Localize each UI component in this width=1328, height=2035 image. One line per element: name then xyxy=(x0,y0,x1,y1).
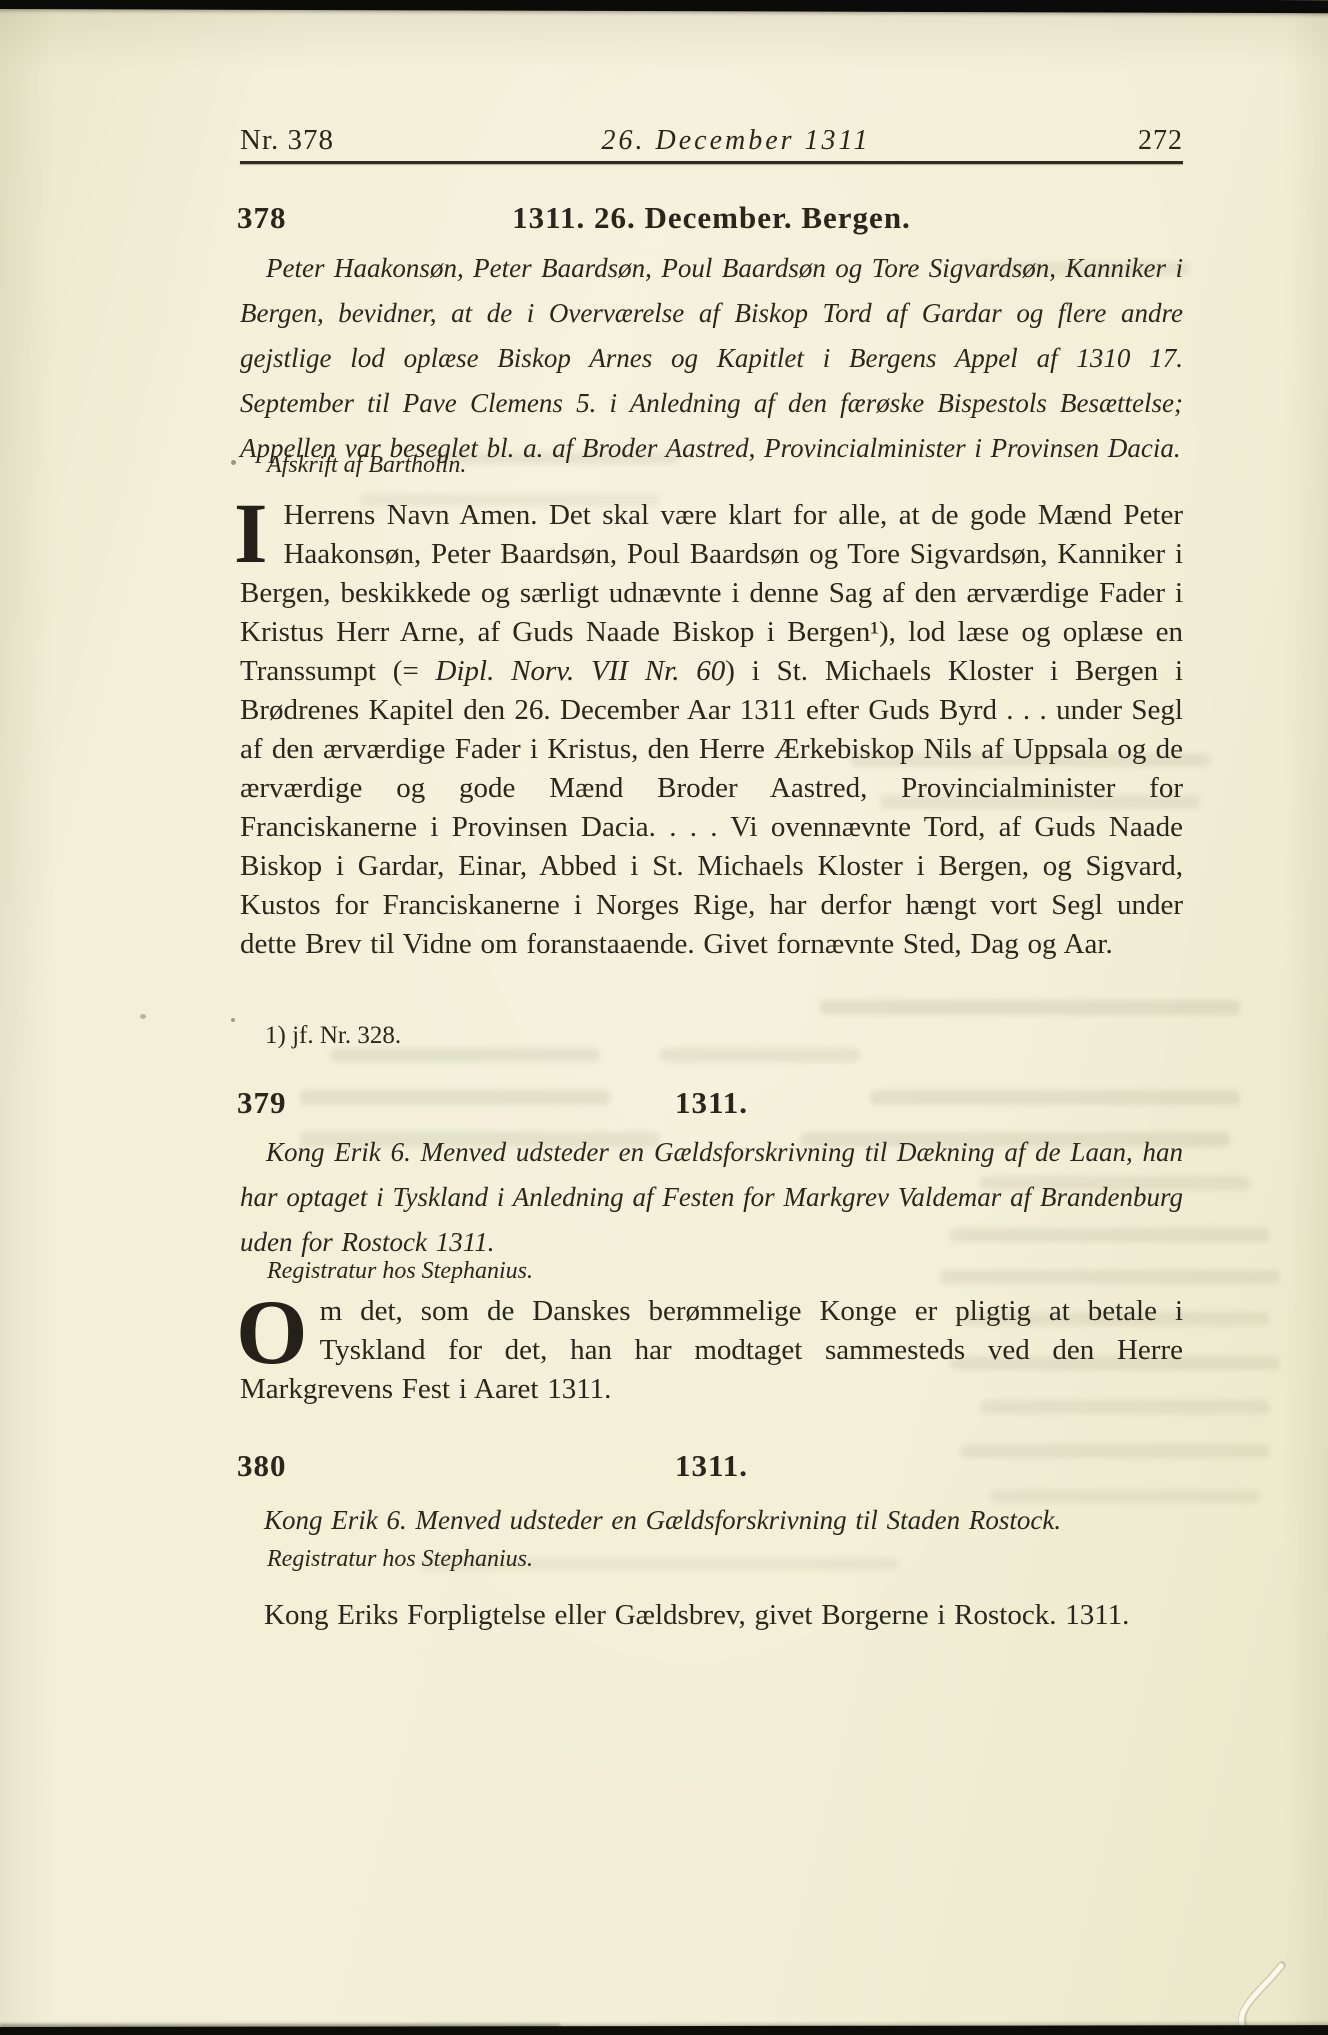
section-date-heading: 1311. xyxy=(675,1085,748,1120)
ink-dot xyxy=(140,1014,146,1019)
running-head-entry-number: Nr. 378 xyxy=(240,124,334,157)
drop-cap-378: I xyxy=(234,498,267,570)
section-number: 380 xyxy=(237,1448,287,1484)
section-date-heading: 1311. xyxy=(675,1448,748,1483)
body-text-378-post: ) i St. Michaels Kloster i Bergen i Brød… xyxy=(240,655,1183,960)
footnote-378: 1) jf. Nr. 328. xyxy=(240,1022,1208,1050)
running-head: Nr. 378 26. December 1311 272 xyxy=(240,124,1183,157)
ink-dot xyxy=(231,1018,235,1022)
section-378-heading: 378 1311. 26. December. Bergen. xyxy=(240,200,1183,236)
header-rule xyxy=(240,161,1183,164)
bleedthrough-artifact xyxy=(330,1048,600,1062)
page-number: 272 xyxy=(1138,125,1183,157)
running-head-date: 26. December 1311 xyxy=(602,125,871,157)
section-379-heading: 379 1311. xyxy=(240,1085,1183,1121)
ink-dot xyxy=(231,460,236,465)
section-379-summary: Kong Erik 6. Menved udsteder en Gældsfor… xyxy=(240,1130,1183,1265)
bleedthrough-artifact xyxy=(820,1000,1240,1015)
scanned-page: Nr. 378 26. December 1311 272 378 1311. … xyxy=(0,0,1328,2035)
section-378-summary: Peter Haakonsøn, Peter Baardsøn, Poul Ba… xyxy=(240,246,1183,471)
section-380-body: Kong Eriks Forpligtelse eller Gældsbrev,… xyxy=(240,1596,1183,1635)
body-citation-378: Dipl. Norv. VII Nr. 60 xyxy=(436,655,726,687)
drop-cap-379: O xyxy=(236,1294,308,1370)
body-text-379: m det, som de Danskes berømmelige Konge … xyxy=(240,1295,1183,1405)
scan-bar-bottom xyxy=(0,2025,1328,2035)
section-date-heading: 1311. 26. December. Bergen. xyxy=(512,200,911,235)
section-number: 378 xyxy=(237,200,287,236)
section-379-body: Om det, som de Danskes berømmelige Konge… xyxy=(240,1292,1183,1409)
section-number: 379 xyxy=(237,1085,287,1121)
section-380-summary: Kong Erik 6. Menved udsteder en Gældsfor… xyxy=(240,1498,1183,1543)
section-380-source-note: Registratur hos Stephanius. xyxy=(240,1546,1210,1573)
section-380-heading: 380 1311. xyxy=(240,1448,1183,1484)
scan-shading-right xyxy=(1283,0,1328,2035)
scan-shading-left xyxy=(0,0,55,2035)
page-crease xyxy=(1220,1925,1300,2035)
section-379-source-note: Registratur hos Stephanius. xyxy=(240,1258,1210,1285)
section-378-body: IHerrens Navn Amen. Det skal være klart … xyxy=(240,496,1183,964)
section-378-source-note: Afskrift af Bartholin. xyxy=(240,452,1210,479)
bleedthrough-artifact xyxy=(660,1048,860,1062)
